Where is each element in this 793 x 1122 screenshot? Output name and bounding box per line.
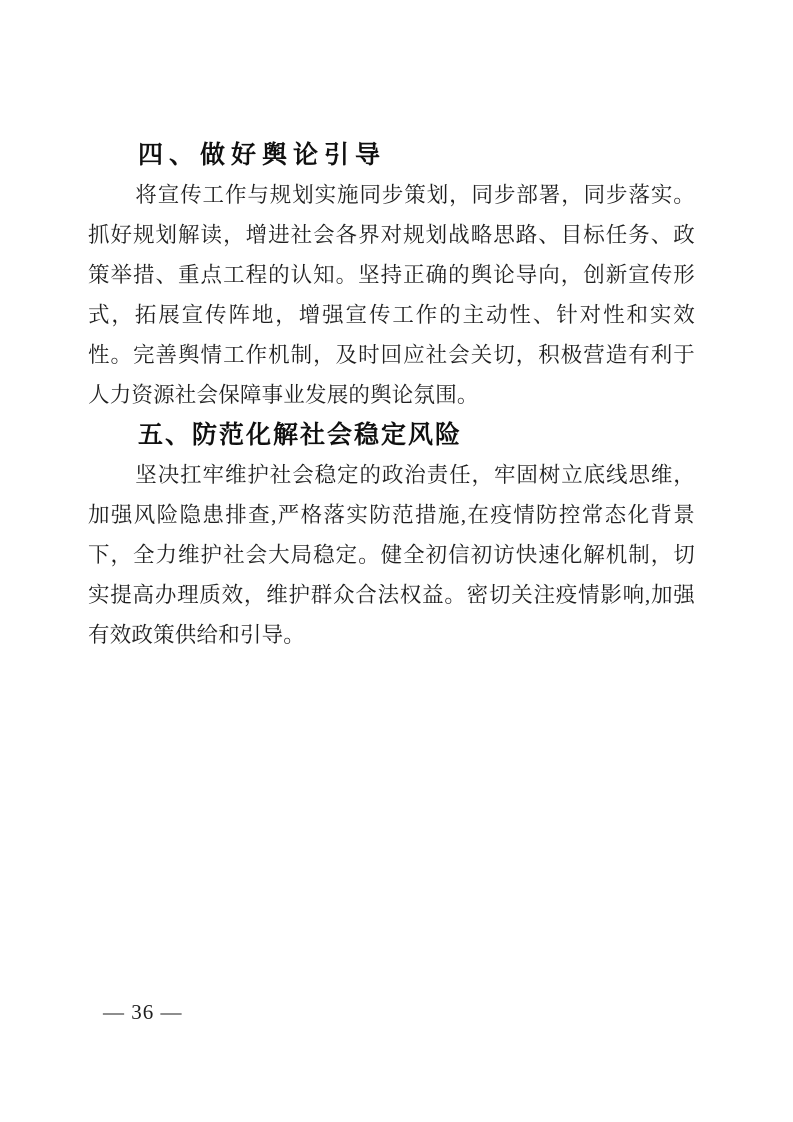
section-paragraph: 坚决扛牢维护社会稳定的政治责任，牢固树立底线思维，加强风险隐患排查,严格落实防范…: [88, 455, 695, 655]
page-number: — 36 —: [103, 1000, 183, 1024]
document-page: 四、做好舆论引导 将宣传工作与规划实施同步策划，同步部署，同步落实。抓好规划解读…: [0, 0, 793, 1122]
page-footer: — 36 —: [103, 1000, 183, 1024]
document-content: 四、做好舆论引导 将宣传工作与规划实施同步策划，同步部署，同步落实。抓好规划解读…: [88, 135, 695, 655]
section-heading: 四、做好舆论引导: [88, 135, 695, 175]
section-heading: 五、防范化解社会稳定风险: [88, 415, 695, 455]
section-paragraph: 将宣传工作与规划实施同步策划，同步部署，同步落实。抓好规划解读，增进社会各界对规…: [88, 175, 695, 415]
section-public-opinion-guidance: 四、做好舆论引导 将宣传工作与规划实施同步策划，同步部署，同步落实。抓好规划解读…: [88, 135, 695, 415]
section-social-stability-risk: 五、防范化解社会稳定风险 坚决扛牢维护社会稳定的政治责任，牢固树立底线思维，加强…: [88, 415, 695, 655]
